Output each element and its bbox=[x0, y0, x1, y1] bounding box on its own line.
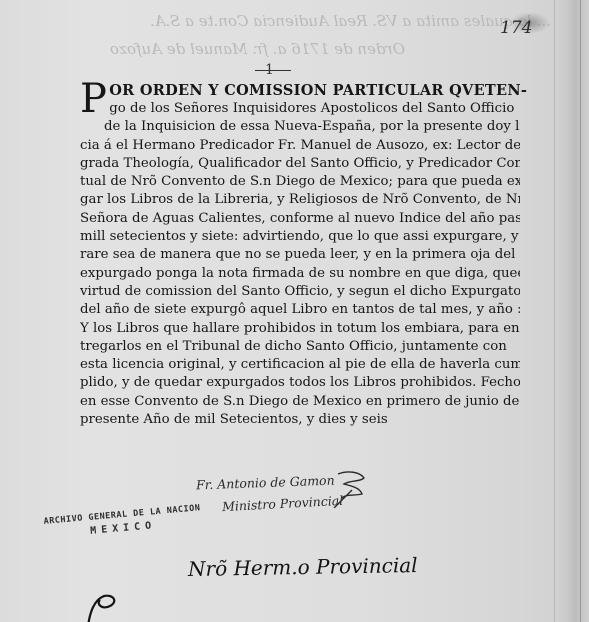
text-line: rare sea de manera que no se pueda leer,… bbox=[80, 246, 520, 264]
page-marker: 1 bbox=[265, 62, 276, 78]
document-page: ... lo quales amita a VS. Real Audiencia… bbox=[0, 0, 589, 622]
text-line: mill setecientos y siete: advirtiendo, q… bbox=[80, 228, 520, 246]
text-line: gar los Libros de la Libreria, y Religio… bbox=[80, 191, 520, 209]
bleedthrough-line-2: Orden de 1716 a. fr. Manuel de Aufozo bbox=[110, 40, 405, 58]
text-line: tual de Nrõ Convento de S.n Diego de Mex… bbox=[80, 173, 520, 191]
rubric-flourish-icon bbox=[330, 468, 370, 508]
text-line: Señora de Aguas Calientes, conforme al n… bbox=[80, 210, 520, 228]
signature-name: Fr. Antonio de Gamon bbox=[196, 473, 335, 493]
heading-text: OR ORDEN Y COMISSION PARTICULAR QVETEN- bbox=[109, 82, 527, 99]
flourish-icon bbox=[84, 592, 124, 622]
heading-line: POR ORDEN Y COMISSION PARTICULAR QVETEN- bbox=[80, 82, 520, 100]
drop-cap: P bbox=[80, 82, 107, 116]
text-line: Y los Libros que hallare prohibidos in t… bbox=[80, 320, 520, 338]
text-line: go de los Señores Inquisidores Apostolic… bbox=[109, 100, 520, 118]
endorsement: Nrõ Herm.o Provincial bbox=[188, 553, 418, 581]
text-line: grada Theología, Qualificador del Santo … bbox=[80, 155, 520, 173]
text-line: del año de siete expurgô aquel Libro en … bbox=[80, 301, 520, 319]
text-line: tregarlos en el Tribunal de dicho Santo … bbox=[80, 338, 520, 356]
signature-title: Ministro Provincial bbox=[222, 493, 344, 514]
text-line: en esse Convento de S.n Diego de Mexico … bbox=[80, 393, 520, 411]
text-line: cia á el Hermano Predicador Fr. Manuel d… bbox=[80, 137, 520, 155]
text-line: de la Inquisicion de essa Nueva-España, … bbox=[80, 118, 520, 136]
bleedthrough-line-1: ... lo quales amita a VS. Real Audiencia… bbox=[150, 12, 551, 30]
text-line: virtud de comission del Santo Officio, y… bbox=[80, 283, 520, 301]
text-line: esta licencia original, y certificacion … bbox=[80, 356, 520, 374]
license-text: POR ORDEN Y COMISSION PARTICULAR QVETEN-… bbox=[80, 82, 520, 429]
text-line: expurgado ponga la nota firmada de su no… bbox=[80, 265, 520, 283]
archive-stamp: ARCHIVO GENERAL DE LA NACION MEXICO bbox=[43, 501, 202, 543]
folio-number: 174 bbox=[500, 18, 532, 38]
page-edge bbox=[554, 0, 589, 622]
page-edge-line bbox=[580, 0, 581, 622]
text-line: plido, y de quedar expurgados todos los … bbox=[80, 374, 520, 392]
text-line: presente Año de mil Setecientos, y dies … bbox=[80, 411, 520, 429]
